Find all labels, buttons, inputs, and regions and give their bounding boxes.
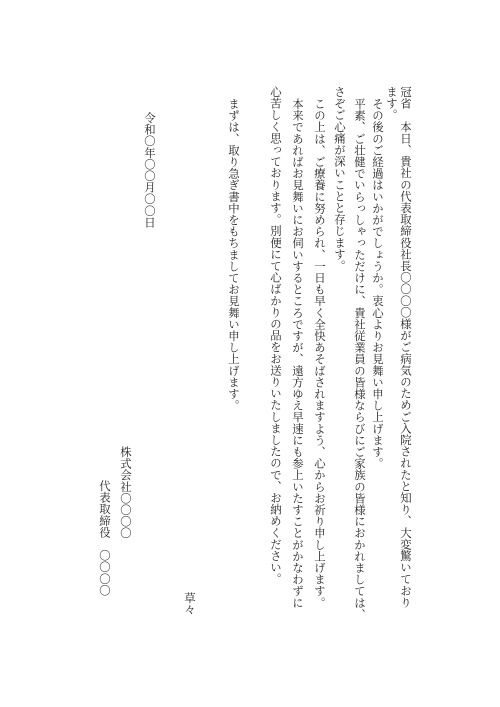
sender-title-name: 代表取締役 〇〇〇〇 <box>99 480 111 596</box>
paragraph-2-line-2: さぞご心痛が深いことと存じます。 <box>334 86 346 272</box>
paragraph-3-line-3: 心苦しく思っております。別便にて心ばかりの品をお送りいたしましたので、お納めくだ… <box>270 86 282 585</box>
paragraph-3-line-1: この上は、ご療養に努められ、一日も早く全快あそばされますよう、心からお祈り申し上… <box>314 98 326 608</box>
paragraph-4: まずは、取り急ぎ書中をもちましてお見舞い申し上げます。 <box>228 98 240 411</box>
date: 令和〇年〇〇月〇〇日 <box>144 112 156 228</box>
sender-company: 株式会社〇〇〇〇 <box>120 446 132 539</box>
paragraph-1: その後のご経過はいかがでしょうか。衷心よりお見舞い申し上げます。 <box>372 98 384 469</box>
paragraph-3-line-2: 本来であればお見舞いにお伺いするところですが、遠方ゆえ早速にも参上いたすことがか… <box>292 98 304 608</box>
opening-line-2: ます。 <box>386 86 398 121</box>
opening-line-1: 冠省 本日、貴社の代表取締役社長〇〇〇〇様がご病気のためご入院されたと知り、大変… <box>400 86 412 608</box>
closing-word: 草々 <box>184 592 196 615</box>
letter-page: 冠省 本日、貴社の代表取締役社長〇〇〇〇様がご病気のためご入院されたと知り、大変… <box>0 0 500 707</box>
paragraph-2-line-1: 平素、ご壮健でいらっしゃっただけに、貴社従業員の皆様ならびにご家族の皆様におかれ… <box>354 98 366 620</box>
